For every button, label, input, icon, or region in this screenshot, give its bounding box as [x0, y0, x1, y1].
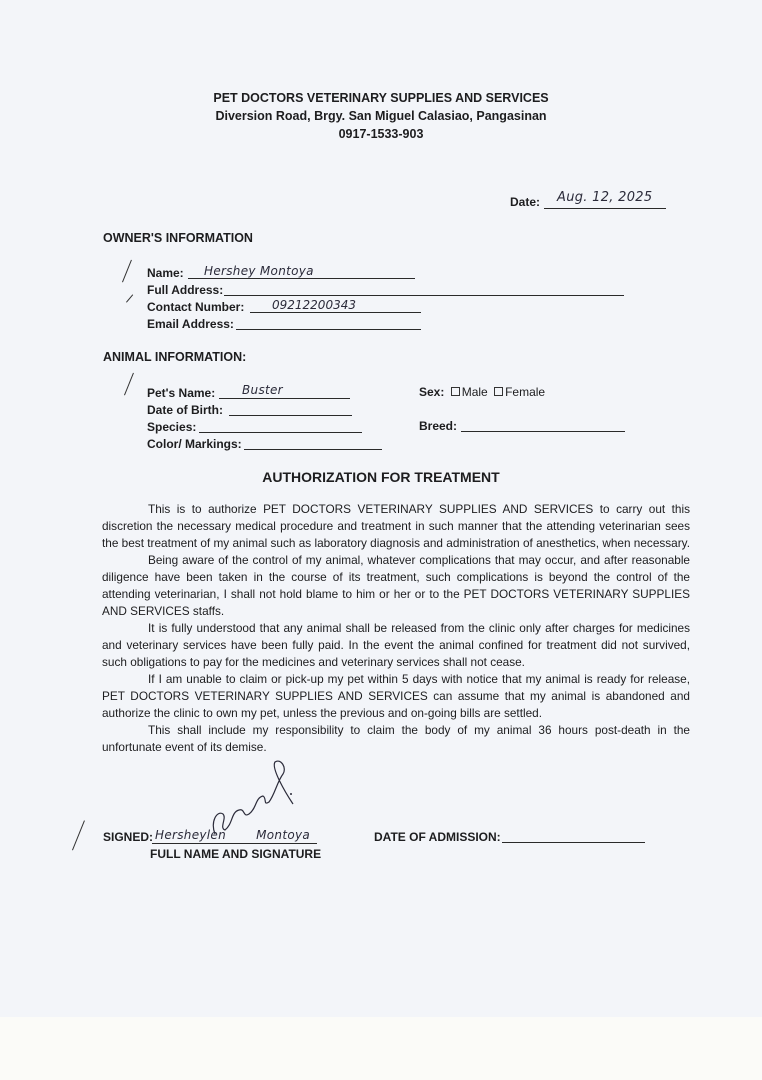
breed-field[interactable] — [461, 431, 625, 432]
check-mark-icon — [124, 373, 134, 396]
check-mark-icon — [122, 260, 132, 283]
admission-date-label: DATE OF ADMISSION: — [374, 830, 501, 844]
pet-dob-field[interactable] — [229, 415, 352, 416]
owner-email-label: Email Address: — [147, 317, 234, 331]
breed-label: Breed: — [419, 419, 457, 433]
pet-species-field[interactable] — [199, 432, 362, 433]
signed-label: SIGNED: — [103, 830, 153, 844]
female-checkbox[interactable] — [494, 387, 503, 396]
owner-address-field[interactable] — [224, 295, 624, 296]
admission-date-field[interactable] — [502, 842, 645, 843]
signed-name-value: Hersheylen Montoya — [155, 828, 310, 842]
pet-name-label: Pet's Name: — [147, 386, 215, 400]
date-value: Aug. 12, 2025 — [557, 190, 652, 205]
clinic-address: Diversion Road, Brgy. San Miguel Calasia… — [0, 109, 762, 123]
animal-section-title: ANIMAL INFORMATION: — [103, 350, 246, 364]
authorization-paragraph: If I am unable to claim or pick-up my pe… — [102, 671, 690, 722]
owner-contact-value: 09212200343 — [272, 298, 356, 312]
signature-field[interactable] — [152, 843, 317, 844]
authorization-body: This is to authorize PET DOCTORS VETERIN… — [102, 501, 690, 756]
scan-bottom-strip — [0, 1017, 762, 1080]
pet-color-label: Color/ Markings: — [147, 437, 242, 451]
authorization-paragraph: This is to authorize PET DOCTORS VETERIN… — [102, 501, 690, 552]
pet-species-label: Species: — [147, 420, 196, 434]
owner-email-field[interactable] — [236, 329, 421, 330]
owner-address-label: Full Address: — [147, 283, 223, 297]
female-option-label: Female — [505, 385, 545, 399]
date-field[interactable] — [544, 208, 666, 209]
check-mark-icon — [126, 294, 133, 302]
owner-name-label: Name: — [147, 266, 184, 280]
authorization-paragraph: Being aware of the control of my animal,… — [102, 552, 690, 620]
pet-dob-label: Date of Birth: — [147, 403, 223, 417]
owner-contact-label: Contact Number: — [147, 300, 244, 314]
owner-section-title: OWNER'S INFORMATION — [103, 231, 253, 245]
date-label: Date: — [510, 195, 540, 209]
clinic-name: PET DOCTORS VETERINARY SUPPLIES AND SERV… — [0, 91, 762, 105]
owner-name-field[interactable] — [188, 278, 415, 279]
owner-contact-field[interactable] — [250, 312, 421, 313]
sex-row: Sex: Male Female — [419, 385, 545, 399]
authorization-paragraph: This shall include my responsibility to … — [102, 722, 690, 756]
signature-caption: FULL NAME AND SIGNATURE — [150, 847, 321, 861]
sex-label: Sex: — [419, 385, 444, 399]
male-option-label: Male — [462, 385, 488, 399]
authorization-paragraph: It is fully understood that any animal s… — [102, 620, 690, 671]
signature-scribble-icon — [205, 752, 305, 840]
check-mark-icon — [72, 820, 85, 850]
authorization-title: AUTHORIZATION FOR TREATMENT — [0, 469, 762, 485]
owner-name-value: Hershey Montoya — [204, 264, 314, 278]
pet-color-field[interactable] — [244, 449, 382, 450]
pet-name-value: Buster — [242, 383, 283, 397]
clinic-phone: 0917-1533-903 — [0, 127, 762, 141]
male-checkbox[interactable] — [451, 387, 460, 396]
pet-name-field[interactable] — [219, 398, 350, 399]
